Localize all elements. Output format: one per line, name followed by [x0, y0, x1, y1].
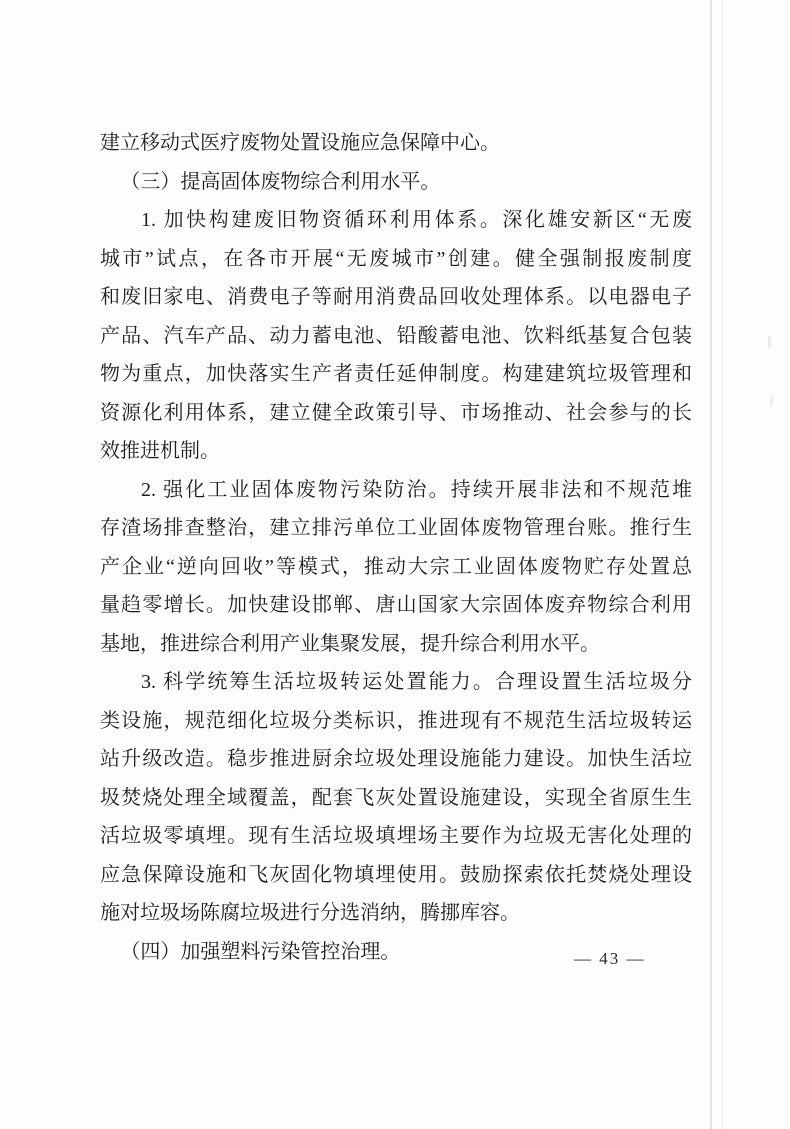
text-line: 1. 加快构建废旧物资循环利用体系。深化雄安新区“无废: [100, 201, 692, 240]
scanned-document-page: 建立移动式医疗废物处置设施应急保障中心。 （三）提高固体废物综合利用水平。 1.…: [0, 0, 790, 1129]
text-line: 城市”试点，在各市开展“无废城市”创建。健全强制报废制度: [100, 240, 692, 279]
scan-artifact-line: [722, 0, 723, 1129]
text-line: 资源化利用体系，建立健全政策引导、市场推动、社会参与的长: [100, 394, 692, 433]
text-line: 圾焚烧处理全域覆盖，配套飞灰处置设施建设，实现全省原生生: [100, 779, 692, 818]
text-line: 建立移动式医疗废物处置设施应急保障中心。: [100, 124, 692, 163]
text-line: 应急保障设施和飞灰固化物填埋使用。鼓励探索依托焚烧处理设: [100, 856, 692, 895]
text-line: 物为重点，加快落实生产者责任延伸制度。构建建筑垃圾管理和: [100, 355, 692, 394]
text-line: 站升级改造。稳步推进厨余垃圾处理设施能力建设。加快生活垃: [100, 740, 692, 779]
text-line: 和废旧家电、消费电子等耐用消费品回收处理体系。以电器电子: [100, 278, 692, 317]
text-line: 产品、汽车产品、动力蓄电池、铅酸蓄电池、饮料纸基复合包装: [100, 317, 692, 356]
text-line: 活垃圾零填埋。现有生活垃圾填埋场主要作为垃圾无害化处理的: [100, 817, 692, 856]
scan-artifact-line: [710, 0, 712, 1129]
text-line: 存渣场排查整治，建立排污单位工业固体废物管理台账。推行生: [100, 509, 692, 548]
text-line: 效推进机制。: [100, 432, 692, 471]
text-line: 量趋零增长。加快建设邯郸、唐山国家大宗固体废弃物综合利用: [100, 586, 692, 625]
text-line: 施对垃圾场陈腐垃圾进行分选消纳，腾挪库容。: [100, 894, 692, 933]
text-line: 2. 强化工业固体废物污染防治。持续开展非法和不规范堆: [100, 471, 692, 510]
scan-speck: [770, 396, 773, 406]
document-text-block: 建立移动式医疗废物处置设施应急保障中心。 （三）提高固体废物综合利用水平。 1.…: [100, 124, 692, 971]
page-number: — 43 —: [574, 949, 674, 969]
text-line: 3. 科学统筹生活垃圾转运处置能力。合理设置生活垃圾分: [100, 663, 692, 702]
text-line: 类设施，规范细化垃圾分类标识，推进现有不规范生活垃圾转运: [100, 702, 692, 741]
subsection-heading: （三）提高固体废物综合利用水平。: [100, 163, 692, 202]
text-line: 基地，推进综合利用产业集聚发展，提升综合利用水平。: [100, 625, 692, 664]
scan-speck: [768, 336, 771, 348]
text-line: 产企业“逆向回收”等模式，推动大宗工业固体废物贮存处置总: [100, 548, 692, 587]
